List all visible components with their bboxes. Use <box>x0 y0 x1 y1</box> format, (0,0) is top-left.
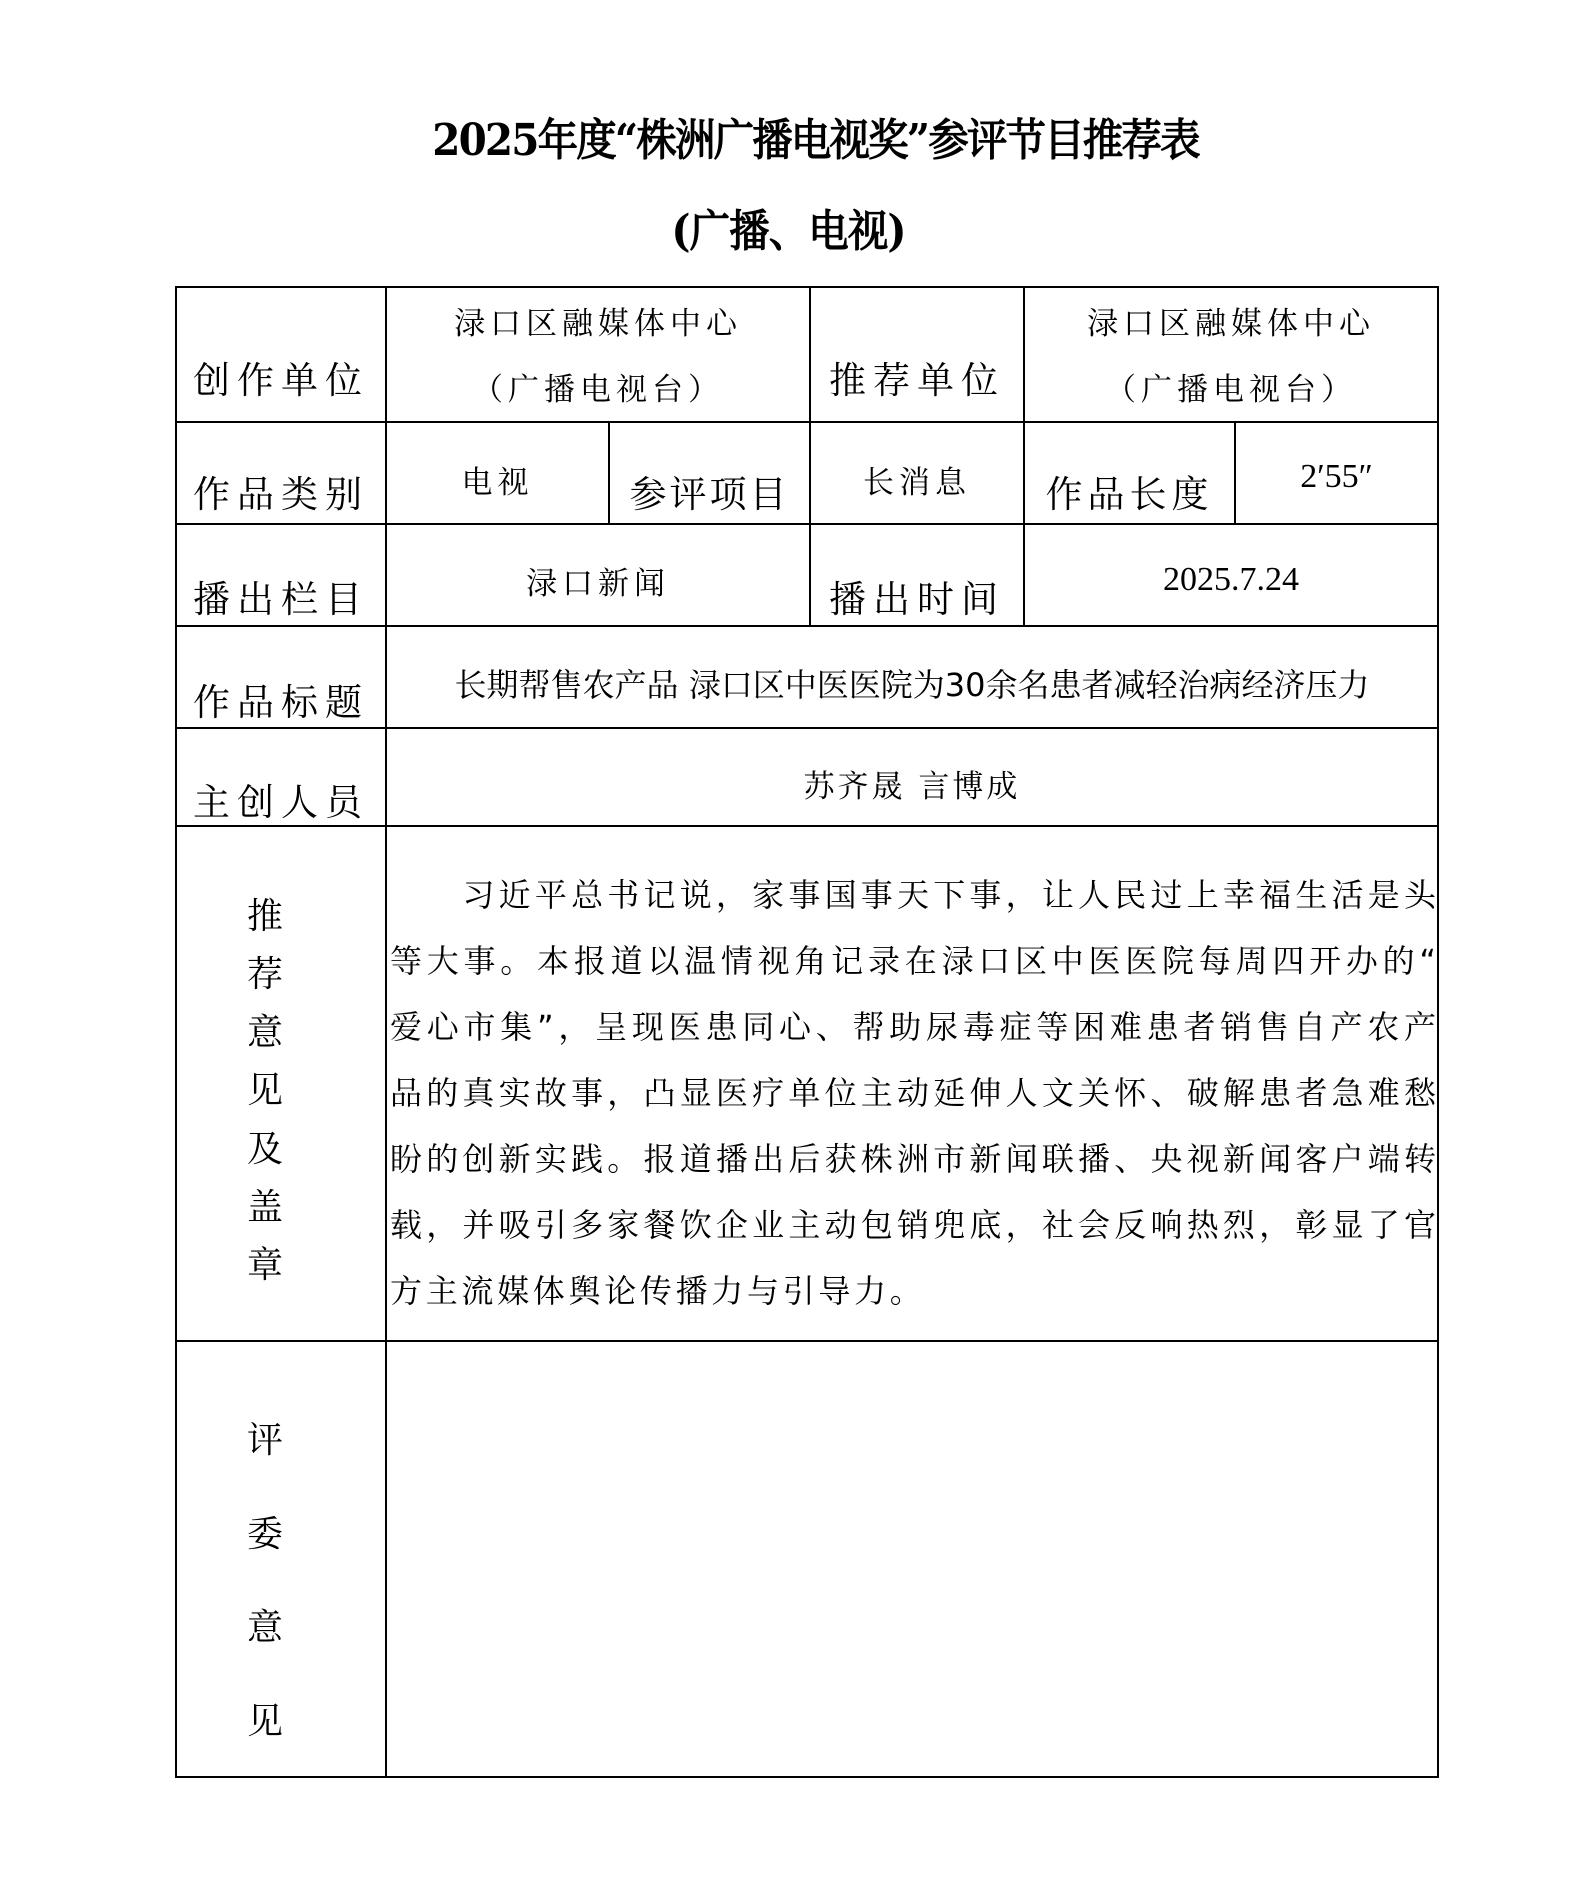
recommendation-line: 方主流媒体舆论传播力与引导力。 <box>390 1271 1436 1311</box>
jury-opinion-label-char: 委 <box>247 1506 283 1557</box>
work-category-value: 电视 <box>387 456 608 502</box>
award-item-value-text: 长消息 <box>863 457 971 502</box>
award-item-label-text: 参评项目 <box>630 464 790 518</box>
table-border-right <box>1437 286 1439 1778</box>
recommending-unit-line1: 渌口区融媒体中心 <box>1087 291 1375 357</box>
jury-opinion-label-char: 意 <box>247 1599 283 1650</box>
jury-opinion-field[interactable] <box>387 1342 1437 1776</box>
document-title: 2025年度“株洲广播电视奖”参评节目推荐表 <box>85 114 1545 168</box>
table-border-top <box>175 286 1439 288</box>
recommending-unit-value: 渌口区融媒体中心 （广播电视台） <box>1025 292 1437 422</box>
main-creators-value: 苏齐晟 言博成 <box>387 760 1437 806</box>
work-length-value-text: 2′55″ <box>1300 458 1373 496</box>
broadcast-time-value-text: 2025.7.24 <box>1163 561 1299 599</box>
work-category-label: 作品类别 <box>177 466 385 516</box>
creator-unit-line2: （广播电视台） <box>472 357 724 423</box>
work-title-label: 作品标题 <box>177 674 385 724</box>
recommendation-label: 推 荐 意 见 及 盖 章 <box>177 888 353 1288</box>
broadcast-time-value: 2025.7.24 <box>1025 557 1437 603</box>
work-length-label: 作品长度 <box>1025 466 1234 516</box>
main-creators-label: 主创人员 <box>177 774 385 824</box>
main-creators-label-text: 主创人员 <box>193 772 369 826</box>
work-title-label-text: 作品标题 <box>193 672 369 726</box>
work-length-value: 2′55″ <box>1236 454 1437 500</box>
broadcast-time-label-text: 播出时间 <box>829 569 1005 623</box>
award-item-value: 长消息 <box>811 456 1023 502</box>
jury-opinion-label-char: 见 <box>247 1693 283 1744</box>
row-divider <box>175 625 1439 627</box>
creator-unit-label: 创作单位 <box>177 352 385 402</box>
recommending-unit-label-text: 推荐单位 <box>829 350 1005 404</box>
recommendation-label-char: 盖 <box>247 1179 283 1230</box>
broadcast-column-value: 渌口新闻 <box>387 557 809 603</box>
row-divider <box>175 727 1439 729</box>
recommendation-label-char: 章 <box>247 1237 283 1288</box>
recommendation-line: 等大事。本报道以温情视角记录在渌口区中医医院每周四开办的“ <box>390 941 1436 981</box>
table-border-bottom <box>175 1776 1439 1778</box>
creator-unit-value: 渌口区融媒体中心 （广播电视台） <box>387 292 809 422</box>
recommendation-label-char: 及 <box>247 1121 283 1172</box>
recommendation-label-char: 推 <box>247 888 283 939</box>
award-item-label: 参评项目 <box>610 466 809 516</box>
recommendation-label-char: 见 <box>247 1062 283 1113</box>
creator-unit-line1: 渌口区融媒体中心 <box>454 291 742 357</box>
recommendation-line: 习近平总书记说，家事国事天下事，让人民过上幸福生活是头 <box>390 875 1436 915</box>
work-title-value-text: 长期帮售农产品 渌口区中医医院为30余名患者减轻治病经济压力 <box>455 660 1370 706</box>
recommending-unit-label: 推荐单位 <box>811 352 1023 402</box>
broadcast-column-label-text: 播出栏目 <box>193 569 369 623</box>
recommendation-label-char: 荐 <box>247 946 283 997</box>
broadcast-column-label: 播出栏目 <box>177 571 385 621</box>
row-divider <box>175 523 1439 525</box>
broadcast-column-value-text: 渌口新闻 <box>526 558 670 603</box>
document-subtitle: (广播、电视) <box>58 204 1518 260</box>
jury-opinion-label-char: 评 <box>247 1412 283 1463</box>
recommendation-line: 爱心市集”，呈现医患同心、帮助尿毒症等困难患者销售自产农产 <box>390 1007 1436 1047</box>
work-category-value-text: 电视 <box>462 457 534 502</box>
recommendation-line: 载，并吸引多家餐饮企业主动包销兜底，社会反响热烈，彰显了官 <box>390 1205 1436 1245</box>
broadcast-time-label: 播出时间 <box>811 571 1023 621</box>
recommending-unit-line2: （广播电视台） <box>1105 357 1357 423</box>
jury-opinion-label: 评 委 意 见 <box>177 1412 353 1744</box>
creator-unit-label-text: 创作单位 <box>193 350 369 404</box>
recommendation-line: 品的真实故事，凸显医疗单位主动延伸人文关怀、破解患者急难愁 <box>390 1073 1436 1113</box>
work-category-label-text: 作品类别 <box>193 464 369 518</box>
recommendation-label-char: 意 <box>247 1004 283 1055</box>
work-title-value: 长期帮售农产品 渌口区中医医院为30余名患者减轻治病经济压力 <box>387 660 1437 706</box>
main-creators-value-text: 苏齐晟 言博成 <box>804 761 1021 806</box>
work-length-label-text: 作品长度 <box>1046 464 1214 518</box>
recommendation-line: 盼的创新实践。报道播出后获株洲市新闻联播、央视新闻客户端转 <box>390 1139 1436 1179</box>
